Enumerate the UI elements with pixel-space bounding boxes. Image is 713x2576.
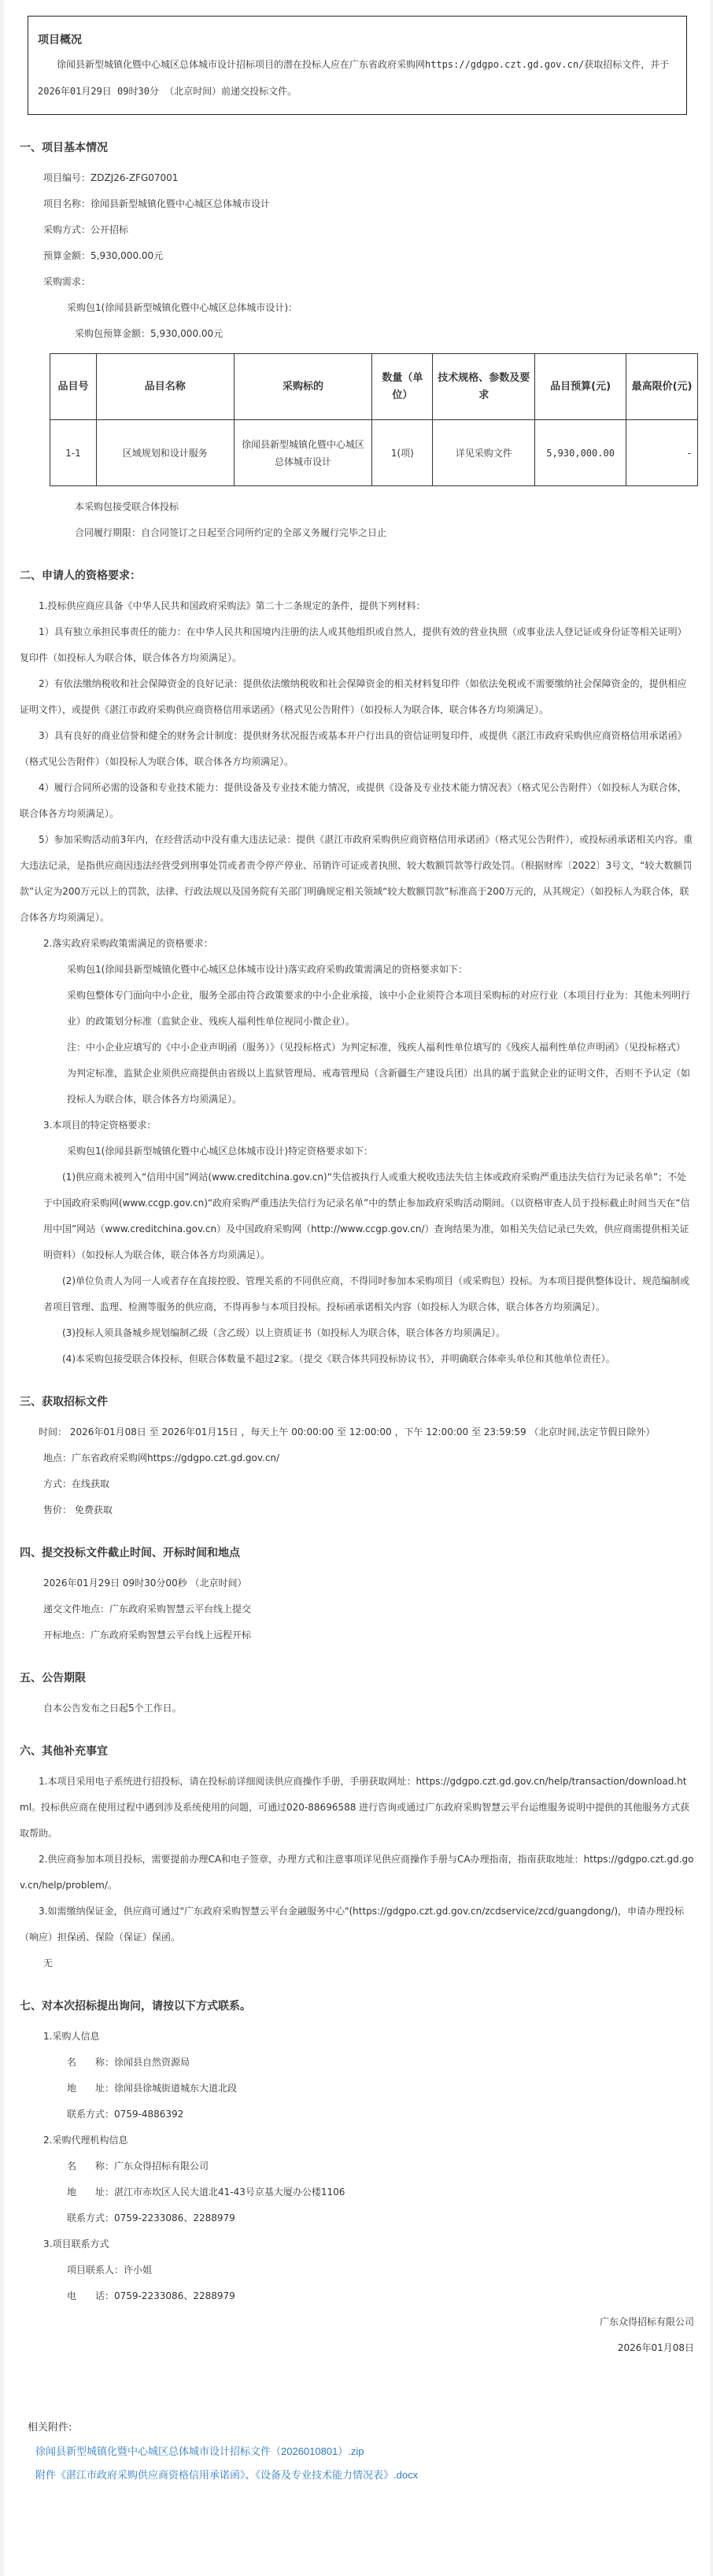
buyer-phone: 联系方式：0759-4886392 [67,2102,694,2128]
qual-item-3-4: (4)本采购包接受联合体投标，但联合体数量不超过2家。（提交《联合体共同投标协议… [43,1346,694,1372]
obtain-price: 售价： 免费获取 [43,1497,694,1523]
qual-item-1-3: 3）具有良好的商业信誉和健全的财务会计制度：提供财务状况报告或基本开户行出具的资… [20,723,694,775]
qual-item-2: 2.落实政府采购政策需满足的资格要求： [43,931,694,957]
project-number: 项目编号：ZDZJ26-ZFG07001 [43,165,694,191]
requirement-label: 采购需求： [43,269,694,295]
obtain-place: 地点：广东省政府采购网https://gdgpo.czt.gd.gov.cn/ [43,1445,694,1471]
announcement-content: 一、项目基本情况 项目编号：ZDZJ26-ZFG07001 项目名称：徐闻县新型… [4,138,710,2487]
qual-item-3: 3.本项目的特定资格要求： [43,1113,694,1139]
project-contact-person: 项目联系人：许小姐 [67,2257,694,2283]
cell-item-no: 1-1 [50,420,97,486]
procurement-method: 采购方式：公开招标 [43,217,694,243]
section-other-title: 六、其他补充事宜 [20,1742,694,1761]
attachments-title: 相关附件: [28,2416,694,2440]
summary-title: 项目概况 [38,32,677,48]
header-item-no: 品目号 [50,354,97,420]
qual-item-1: 1.投标供应商应具备《中华人民共和国政府采购法》第二十二条规定的条件，提供下列材… [20,593,694,619]
agent-address: 地 址：湛江市赤坎区人民大道北41-43号京基大厦办公楼1106 [67,2179,694,2205]
obtain-way: 方式：在线获取 [43,1471,694,1497]
cell-item-budget: 5,930,000.00 [535,420,626,486]
package-title: 采购包1(徐闻县新型城镇化暨中心城区总体城市设计)： [67,295,694,321]
signature-company: 广东众得招标有限公司 [20,2309,694,2335]
buyer-info-title: 1.采购人信息 [43,2024,694,2050]
qual-item-1-5: 5）参加采购活动前3年内，在经营活动中没有重大违法记录：提供《湛江市政府采购供应… [20,827,694,931]
other-item-3: 3.如需缴纳保证金，供应商可通过"广东政府采购智慧云平台金融服务中心"(http… [20,1899,694,1950]
qual-item-2-package: 采购包1(徐闻县新型城镇化暨中心城区总体城市设计)落实政府采购政策需满足的资格要… [67,957,694,983]
other-none: 无 [43,1950,694,1976]
qual-item-3-1: (1)供应商未被列入“信用中国”网站(www.creditchina.gov.c… [43,1164,694,1268]
buyer-address: 地 址：徐闻县徐城街道城东大道北段 [67,2076,694,2102]
qual-item-1-2: 2）有依法缴纳税收和社会保障资金的良好记录：提供依法缴纳税收和社会保障资金的相关… [20,671,694,723]
submit-place: 递交文件地点：广东政府采购智慧云平台线上提交 [43,1596,694,1622]
table-row: 1-1 区域规划和设计服务 徐闻县新型城镇化暨中心城区总体城市设计 1(项) 详… [50,420,698,486]
agent-phone: 联系方式：0759-2233086、2288979 [67,2205,694,2231]
items-table: 品目号 品目名称 采购标的 数量（单位） 技术规格、参数及要求 品目预算(元) … [50,353,698,486]
obtain-time: 时间： 2026年01月08日 至 2026年01月15日 ，每天上午 00:0… [20,1419,694,1445]
table-header-row: 品目号 品目名称 采购标的 数量（单位） 技术规格、参数及要求 品目预算(元) … [50,354,698,420]
consortium-note: 本采购包接受联合体投标 [75,494,694,520]
header-quantity: 数量（单位） [372,354,433,420]
section-period-title: 五、公告期限 [20,1669,694,1688]
attachments-section: 相关附件: 徐闻县新型城镇化暨中心城区总体城市设计招标文件（2026010801… [20,2416,694,2487]
section-contact-title: 七、对本次招标提出询问，请按以下方式联系。 [20,1997,694,2016]
summary-text: 徐闻县新型城镇化暨中心城区总体城市设计招标项目的潜在投标人应在广东省政府采购网h… [38,51,677,105]
signature-date: 2026年01月08日 [20,2335,694,2361]
cell-quantity: 1(项) [372,420,433,486]
header-subject: 采购标的 [234,354,372,420]
qual-item-1-1: 1）具有独立承担民事责任的能力：在中华人民共和国境内注册的法人或其他组织或自然人… [20,619,694,671]
section-basic-info-title: 一、项目基本情况 [20,138,694,157]
buyer-name: 名 称：徐闻县自然资源局 [67,2050,694,2076]
budget-amount: 预算金额：5,930,000.00元 [43,243,694,269]
cell-subject: 徐闻县新型城镇化暨中心城区总体城市设计 [234,420,372,486]
qual-item-3-package: 采购包1(徐闻县新型城镇化暨中心城区总体城市设计)特定资格要求如下： [67,1139,694,1164]
open-place: 开标地点：广东政府采购智慧云平台线上远程开标 [43,1622,694,1648]
project-summary-box: 项目概况 徐闻县新型城镇化暨中心城区总体城市设计招标项目的潜在投标人应在广东省政… [28,16,687,115]
bid-deadline: 2026年01月29日 09时30分00秒 （北京时间） [43,1570,694,1596]
agent-name: 名 称：广东众得招标有限公司 [67,2153,694,2179]
qual-item-3-2: (2)单位负责人为同一人或者存在直接控股、管理关系的不同供应商，不得同时参加本采… [43,1268,694,1320]
cell-spec: 详见采购文件 [433,420,535,486]
cell-max-price: - [626,420,698,486]
other-item-2: 2.供应商参加本项目投标，需要提前办理CA和电子签章，办理方式和注意事项详见供应… [20,1847,694,1899]
qual-item-2-sme: 采购包整体专门面向中小企业，服务全部由符合政策要求的中小企业承接，该中小企业须符… [67,983,694,1035]
cell-item-name: 区域规划和设计服务 [96,420,234,486]
other-item-1: 1.本项目采用电子系统进行招投标，请在投标前详细阅读供应商操作手册，手册获取网址… [20,1769,694,1847]
attachment-link-forms-docx[interactable]: 附件《湛江市政府采购供应商资格信用承诺函》、《设备及专业技术能力情况表》.doc… [35,2463,694,2487]
header-item-budget: 品目预算(元) [535,354,626,420]
header-max-price: 最高限价(元) [626,354,698,420]
section-obtain-docs-title: 三、获取招标文件 [20,1393,694,1412]
agent-info-title: 2.采购代理机构信息 [43,2128,694,2153]
package-budget: 采购包预算金额：5,930,000.00元 [75,321,694,347]
project-name: 项目名称：徐闻县新型城镇化暨中心城区总体城市设计 [43,191,694,217]
section-deadline-title: 四、提交投标文件截止时间、开标时间和地点 [20,1544,694,1563]
project-contact-title: 3.项目联系方式 [43,2231,694,2257]
announcement-page: 项目概况 徐闻县新型城镇化暨中心城区总体城市设计招标项目的潜在投标人应在广东省政… [4,0,710,2576]
qual-item-2-note: 注：中小企业应填写的《中小企业声明函（服务）》（见投标格式）为判定标准，残疾人福… [67,1035,694,1113]
project-contact-phone: 电 话：0759-2233086、2288979 [67,2283,694,2309]
attachment-link-tender-zip[interactable]: 徐闻县新型城镇化暨中心城区总体城市设计招标文件（2026010801）.zip [35,2440,694,2463]
qual-item-3-3: (3)投标人须具备城乡规划编制乙级（含乙级）以上资质证书（如投标人为联合体，联合… [43,1320,694,1346]
announcement-period: 自本公告发布之日起5个工作日。 [43,1696,694,1722]
section-qualification-title: 二、申请人的资格要求： [20,566,694,585]
qual-item-1-4: 4）履行合同所必需的设备和专业技术能力：提供设备及专业技术能力情况，或提供《设备… [20,775,694,827]
contract-period: 合同履行期限：自合同签订之日起至合同所约定的全部义务履行完毕之日止 [75,520,694,546]
header-item-name: 品目名称 [96,354,234,420]
header-spec: 技术规格、参数及要求 [433,354,535,420]
